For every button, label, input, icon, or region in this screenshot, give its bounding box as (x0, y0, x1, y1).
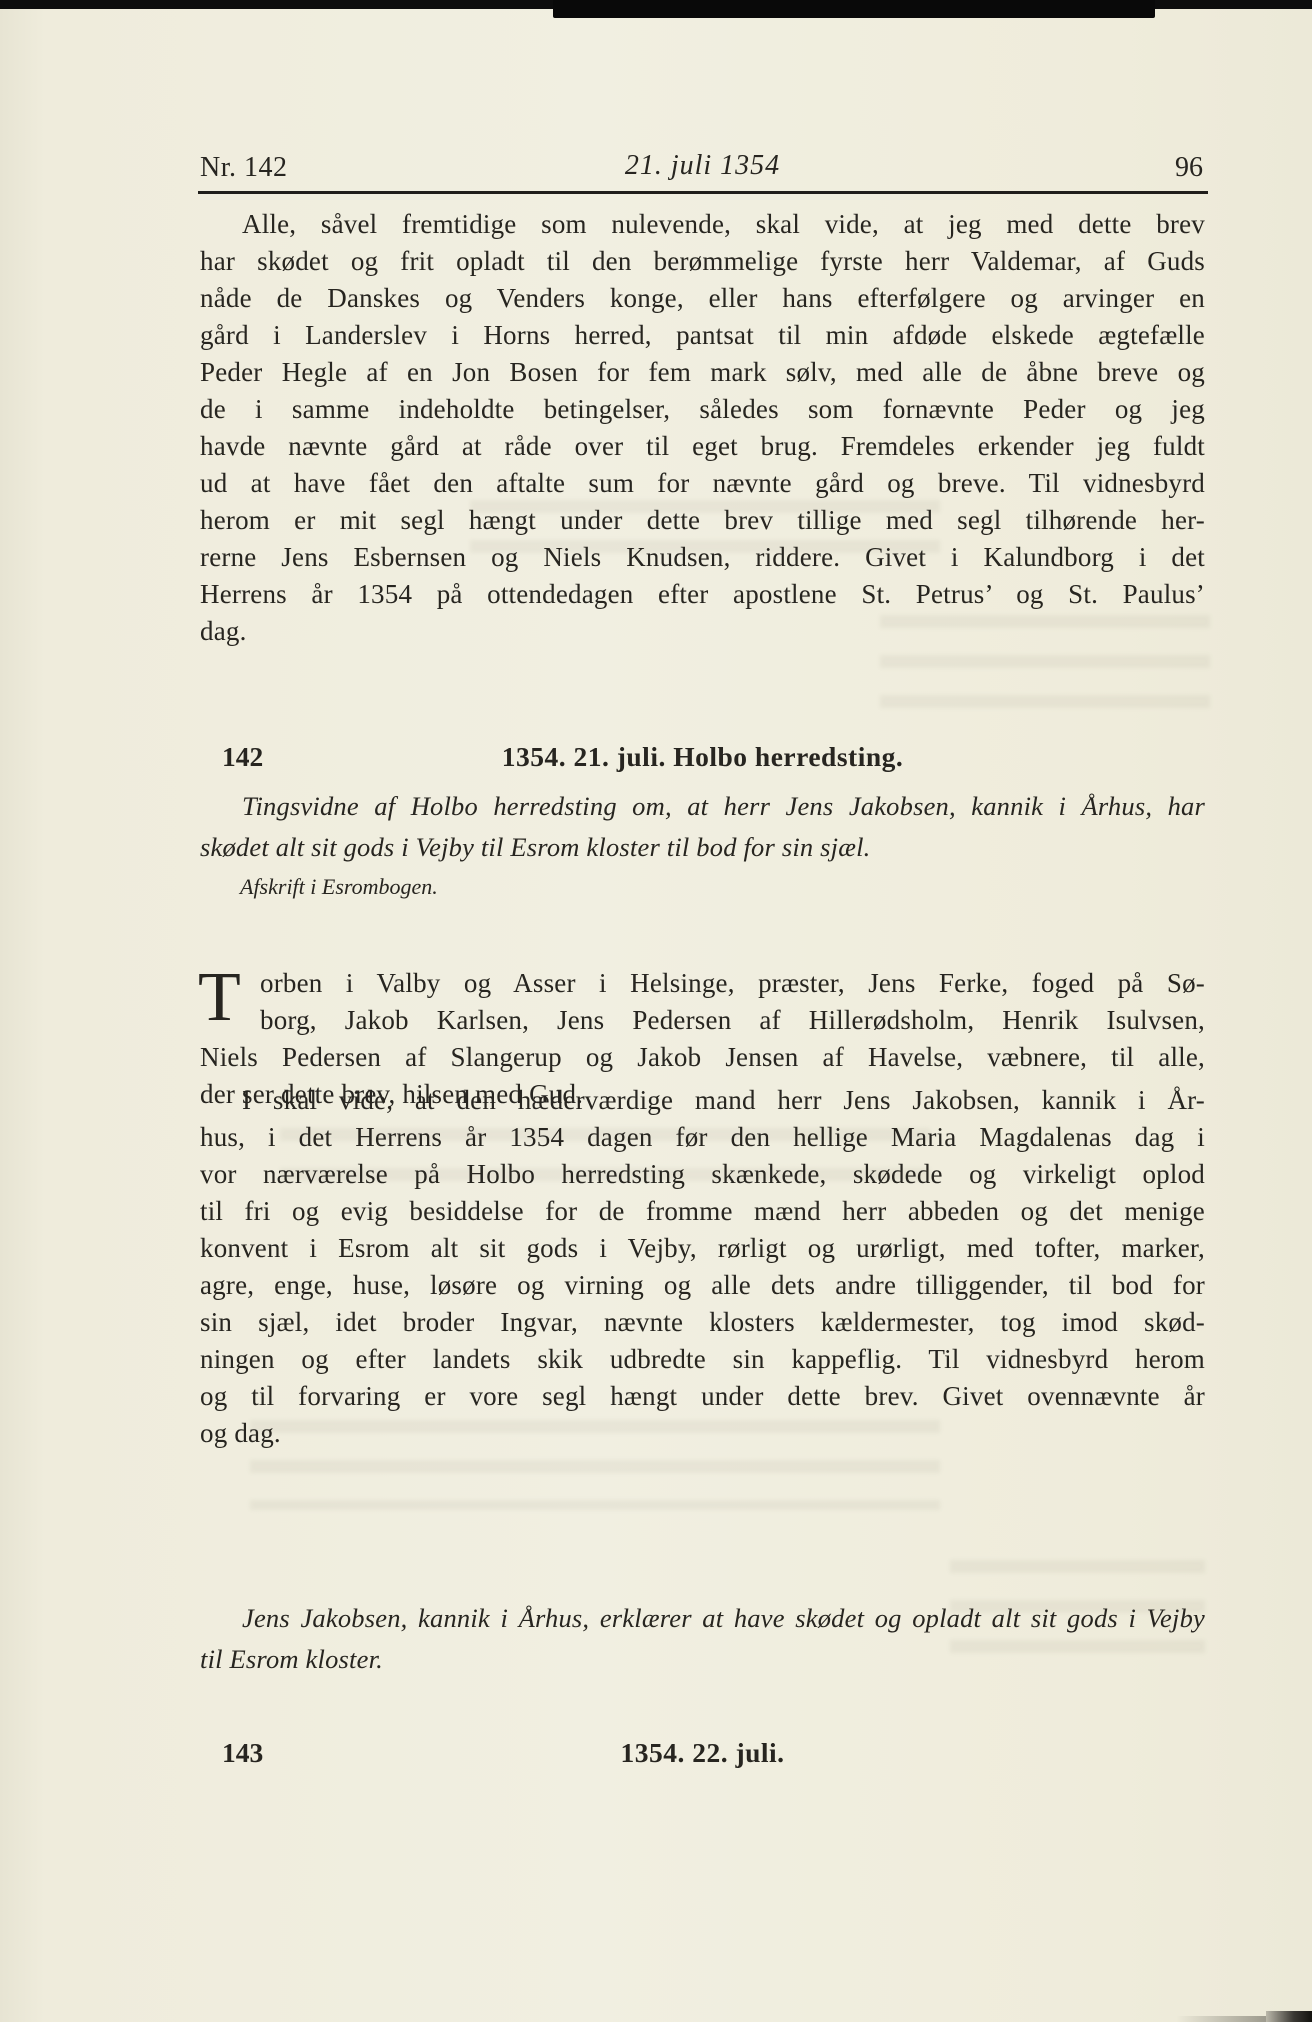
text-line: vor nærværelse på Holbo herredsting skæn… (200, 1156, 1205, 1193)
text-line: til Esrom kloster. (200, 1639, 1205, 1680)
text-line: har skødet og frit opladt til den berømm… (200, 243, 1205, 280)
dropcap-letter: T (198, 963, 241, 1033)
text-line: ud at have fået den aftalte sum for nævn… (200, 465, 1205, 502)
charter-142-text: Alle, såvel fremtidige som nulevende, sk… (200, 206, 1205, 650)
text-line: rerne Jens Esbernsen og Niels Knudsen, r… (200, 539, 1205, 576)
entry-142-heading-row: 142 1354. 21. juli. Holbo herredsting. (200, 741, 1205, 778)
text-line: gård i Landerslev i Horns herred, pantsa… (200, 317, 1205, 354)
scan-corner-smudge-fade (1176, 2016, 1266, 2022)
entry-143-summary: Jens Jakobsen, kannik i Århus, erklærer … (200, 1598, 1205, 1680)
text-line: agre, enge, huse, løsøre og virning og a… (200, 1267, 1205, 1304)
text-line: orben i Valby og Asser i Helsinge, præst… (200, 965, 1205, 1002)
text-line: borg, Jakob Karlsen, Jens Pedersen af Hi… (200, 1002, 1205, 1039)
header-date: 21. juli 1354 (200, 150, 1205, 182)
text-line: Niels Pedersen af Slangerup og Jakob Jen… (200, 1039, 1205, 1076)
scan-edge-top-thick (553, 0, 1155, 18)
text-line: I skal vide, at den hæderværdige mand he… (200, 1082, 1205, 1119)
entry-heading: 1354. 22. juli. (200, 1737, 1205, 1769)
text-line: Alle, såvel fremtidige som nulevende, sk… (200, 206, 1205, 243)
running-header: Nr. 142 21. juli 1354 96 (200, 150, 1205, 186)
text-line: nåde de Danskes og Venders konge, eller … (200, 280, 1205, 317)
page-number: 96 (1175, 152, 1203, 184)
text-line: hus, i det Herrens år 1354 dagen før den… (200, 1119, 1205, 1156)
text-line: og til forvaring er vore segl hængt unde… (200, 1378, 1205, 1415)
text-line: sin sjæl, idet broder Ingvar, nævnte klo… (200, 1304, 1205, 1341)
entry-142-body-paragraph: I skal vide, at den hæderværdige mand he… (200, 1082, 1205, 1452)
text-line: ningen og efter landets skik udbredte si… (200, 1341, 1205, 1378)
entry-143-heading-row: 143 1354. 22. juli. (200, 1737, 1205, 1774)
text-line: til fri og evig besiddelse for de fromme… (200, 1193, 1205, 1230)
scan-corner-smudge (1266, 2011, 1312, 2022)
text-line: dag. (200, 613, 1205, 650)
text-line: herom er mit segl hængt under dette brev… (200, 502, 1205, 539)
header-rule (198, 191, 1208, 194)
text-line: de i samme indeholdte betingelser, såled… (200, 391, 1205, 428)
entry-heading: 1354. 21. juli. Holbo herredsting. (200, 741, 1205, 773)
text-line: Jens Jakobsen, kannik i Århus, erklærer … (200, 1598, 1205, 1639)
text-line: Herrens år 1354 på ottendedagen efter ap… (200, 576, 1205, 613)
scanned-book-page: Nr. 142 21. juli 1354 96 Alle, såvel fre… (0, 0, 1312, 2022)
entry-142-summary: Tingsvidne af Holbo herredsting om, at h… (200, 786, 1205, 868)
source-note: Afskrift i Esrombogen. (200, 873, 1205, 901)
text-line: Peder Hegle af en Jon Bosen for fem mark… (200, 354, 1205, 391)
text-line: havde nævnte gård at råde over til eget … (200, 428, 1205, 465)
text-line: Tingsvidne af Holbo herredsting om, at h… (200, 786, 1205, 827)
text-line: og dag. (200, 1415, 1205, 1452)
text-line: konvent i Esrom alt sit gods i Vejby, rø… (200, 1230, 1205, 1267)
text-line: skødet alt sit gods i Vejby til Esrom kl… (200, 827, 1205, 868)
source-note-row: Afskrift i Esrombogen. (200, 873, 1205, 901)
